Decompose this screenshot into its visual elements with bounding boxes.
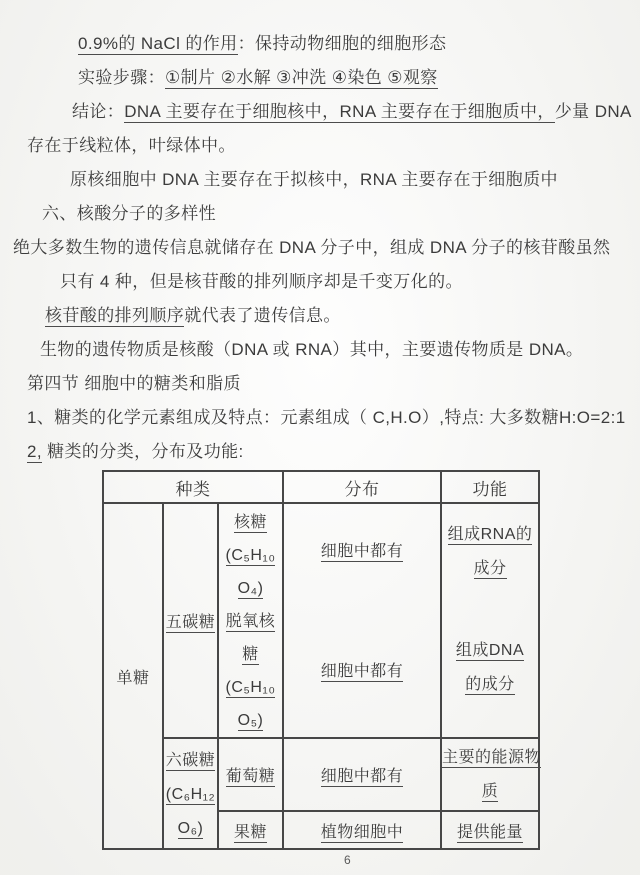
prokaryote-dna-line: 原核细胞中 DNA 主要存在于拟核中，RNA 主要存在于细胞质中 — [70, 163, 640, 197]
section-six-heading: 六、核酸分子的多样性 — [42, 197, 640, 231]
nucleotide-sequence-line: 核苷酸的排列顺序就代表了遗传信息。 — [45, 299, 640, 333]
deoxyribose-formula-2: O₅) — [219, 704, 282, 737]
table-header-distribution: 分布 — [283, 471, 441, 503]
table-header-function: 功能 — [441, 471, 539, 503]
deoxyribose-function: 组成DNA 的成分 — [442, 634, 538, 702]
genetic-info-line-2: 只有 4 种，但是核苷酸的排列顺序却是千变万化的。 — [60, 265, 640, 299]
pentose-function-cell: 组成RNA的 成分 组成DNA 的成分 — [441, 503, 539, 738]
glucose-row: 六碳糖 (C₆H₁₂ O₆) 葡萄糖 细胞中都有 主要的能源物 质 — [103, 738, 539, 811]
deoxyribose-distribution: 细胞中都有 — [284, 655, 440, 689]
sugar-classification-line: 2, 糖类的分类，分布及功能: — [27, 435, 640, 469]
conclusion-line: 结论：DNA 主要存在于细胞核中，RNA 主要存在于细胞质中，少量 DNA — [72, 95, 640, 129]
nacl-effect-term: 0.9%的 NaCl 的作用 — [78, 34, 238, 55]
glucose-name-cell: 葡萄糖 — [218, 738, 283, 811]
pentose-label-cell: 五碳糖 — [163, 503, 218, 738]
ribose-function: 组成RNA的 成分 — [442, 518, 538, 586]
hexose-label: 六碳糖 — [164, 744, 217, 778]
deoxyribose-name-2: 糖 — [219, 638, 282, 671]
glucose-function-cell: 主要的能源物 质 — [441, 738, 539, 811]
table-header-row: 种类 分布 功能 — [103, 471, 539, 503]
ribose-name: 核糖 — [219, 506, 282, 539]
experiment-steps-line: 实验步骤：①制片 ②水解 ③冲洗 ④染色 ⑤观察 — [78, 61, 640, 95]
ribose-formula-1: (C₅H₁₀ — [219, 539, 282, 572]
page-number: 6 — [344, 853, 352, 867]
experiment-steps-list: ①制片 ②水解 ③冲洗 ④染色 ⑤观察 — [165, 68, 438, 89]
nacl-effect-line: 0.9%的 NaCl 的作用：保持动物细胞的细胞形态 — [78, 27, 640, 61]
hexose-formula-1: (C₆H₁₂ — [164, 778, 217, 812]
table-header-kind: 种类 — [103, 471, 283, 503]
section-four-heading: 第四节 细胞中的糖类和脂质 — [27, 367, 640, 401]
sugar-elements-line: 1、糖类的化学元素组成及特点：元素组成（ C,H.O）,特点: 大多数糖H:O=… — [27, 401, 640, 435]
conclusion-underlined: DNA 主要存在于细胞核中，RNA 主要存在于细胞质中， — [124, 102, 555, 123]
sugar-table: 种类 分布 功能 单糖 五碳糖 核糖 (C₅H₁₀ O₄) 脱氧核 糖 (C₅H… — [102, 470, 540, 850]
fructose-name-cell: 果糖 — [218, 811, 283, 849]
genetic-material-line: 生物的遗传物质是核酸（DNA 或 RNA）其中，主要遗传物质是 DNA。 — [40, 333, 640, 367]
pentose-distribution-cell: 细胞中都有 细胞中都有 — [283, 503, 441, 738]
genetic-info-line-1: 绝大多数生物的遗传信息就储存在 DNA 分子中，组成 DNA 分子的核苷酸虽然 — [13, 231, 640, 265]
deoxyribose-name-1: 脱氧核 — [219, 605, 282, 638]
hexose-label-cell: 六碳糖 (C₆H₁₂ O₆) — [163, 738, 218, 849]
pentose-row: 单糖 五碳糖 核糖 (C₅H₁₀ O₄) 脱氧核 糖 (C₅H₁₀ O₅) 细胞… — [103, 503, 539, 738]
deoxyribose-formula-1: (C₅H₁₀ — [219, 671, 282, 704]
ribose-formula-2: O₄) — [219, 572, 282, 605]
ribose-distribution: 细胞中都有 — [284, 535, 440, 569]
hexose-formula-2: O₆) — [164, 812, 217, 846]
glucose-distribution-cell: 细胞中都有 — [283, 738, 441, 811]
fructose-function-cell: 提供能量 — [441, 811, 539, 849]
monosaccharide-cell: 单糖 — [103, 503, 163, 849]
fructose-distribution-cell: 植物细胞中 — [283, 811, 441, 849]
conclusion-continuation-line: 存在于线粒体，叶绿体中。 — [27, 129, 640, 163]
nucleotide-sequence-term: 核苷酸的排列顺序 — [45, 306, 184, 327]
pentose-sugars-cell: 核糖 (C₅H₁₀ O₄) 脱氧核 糖 (C₅H₁₀ O₅) — [218, 503, 283, 738]
document-page: 0.9%的 NaCl 的作用：保持动物细胞的细胞形态 实验步骤：①制片 ②水解 … — [0, 0, 640, 875]
